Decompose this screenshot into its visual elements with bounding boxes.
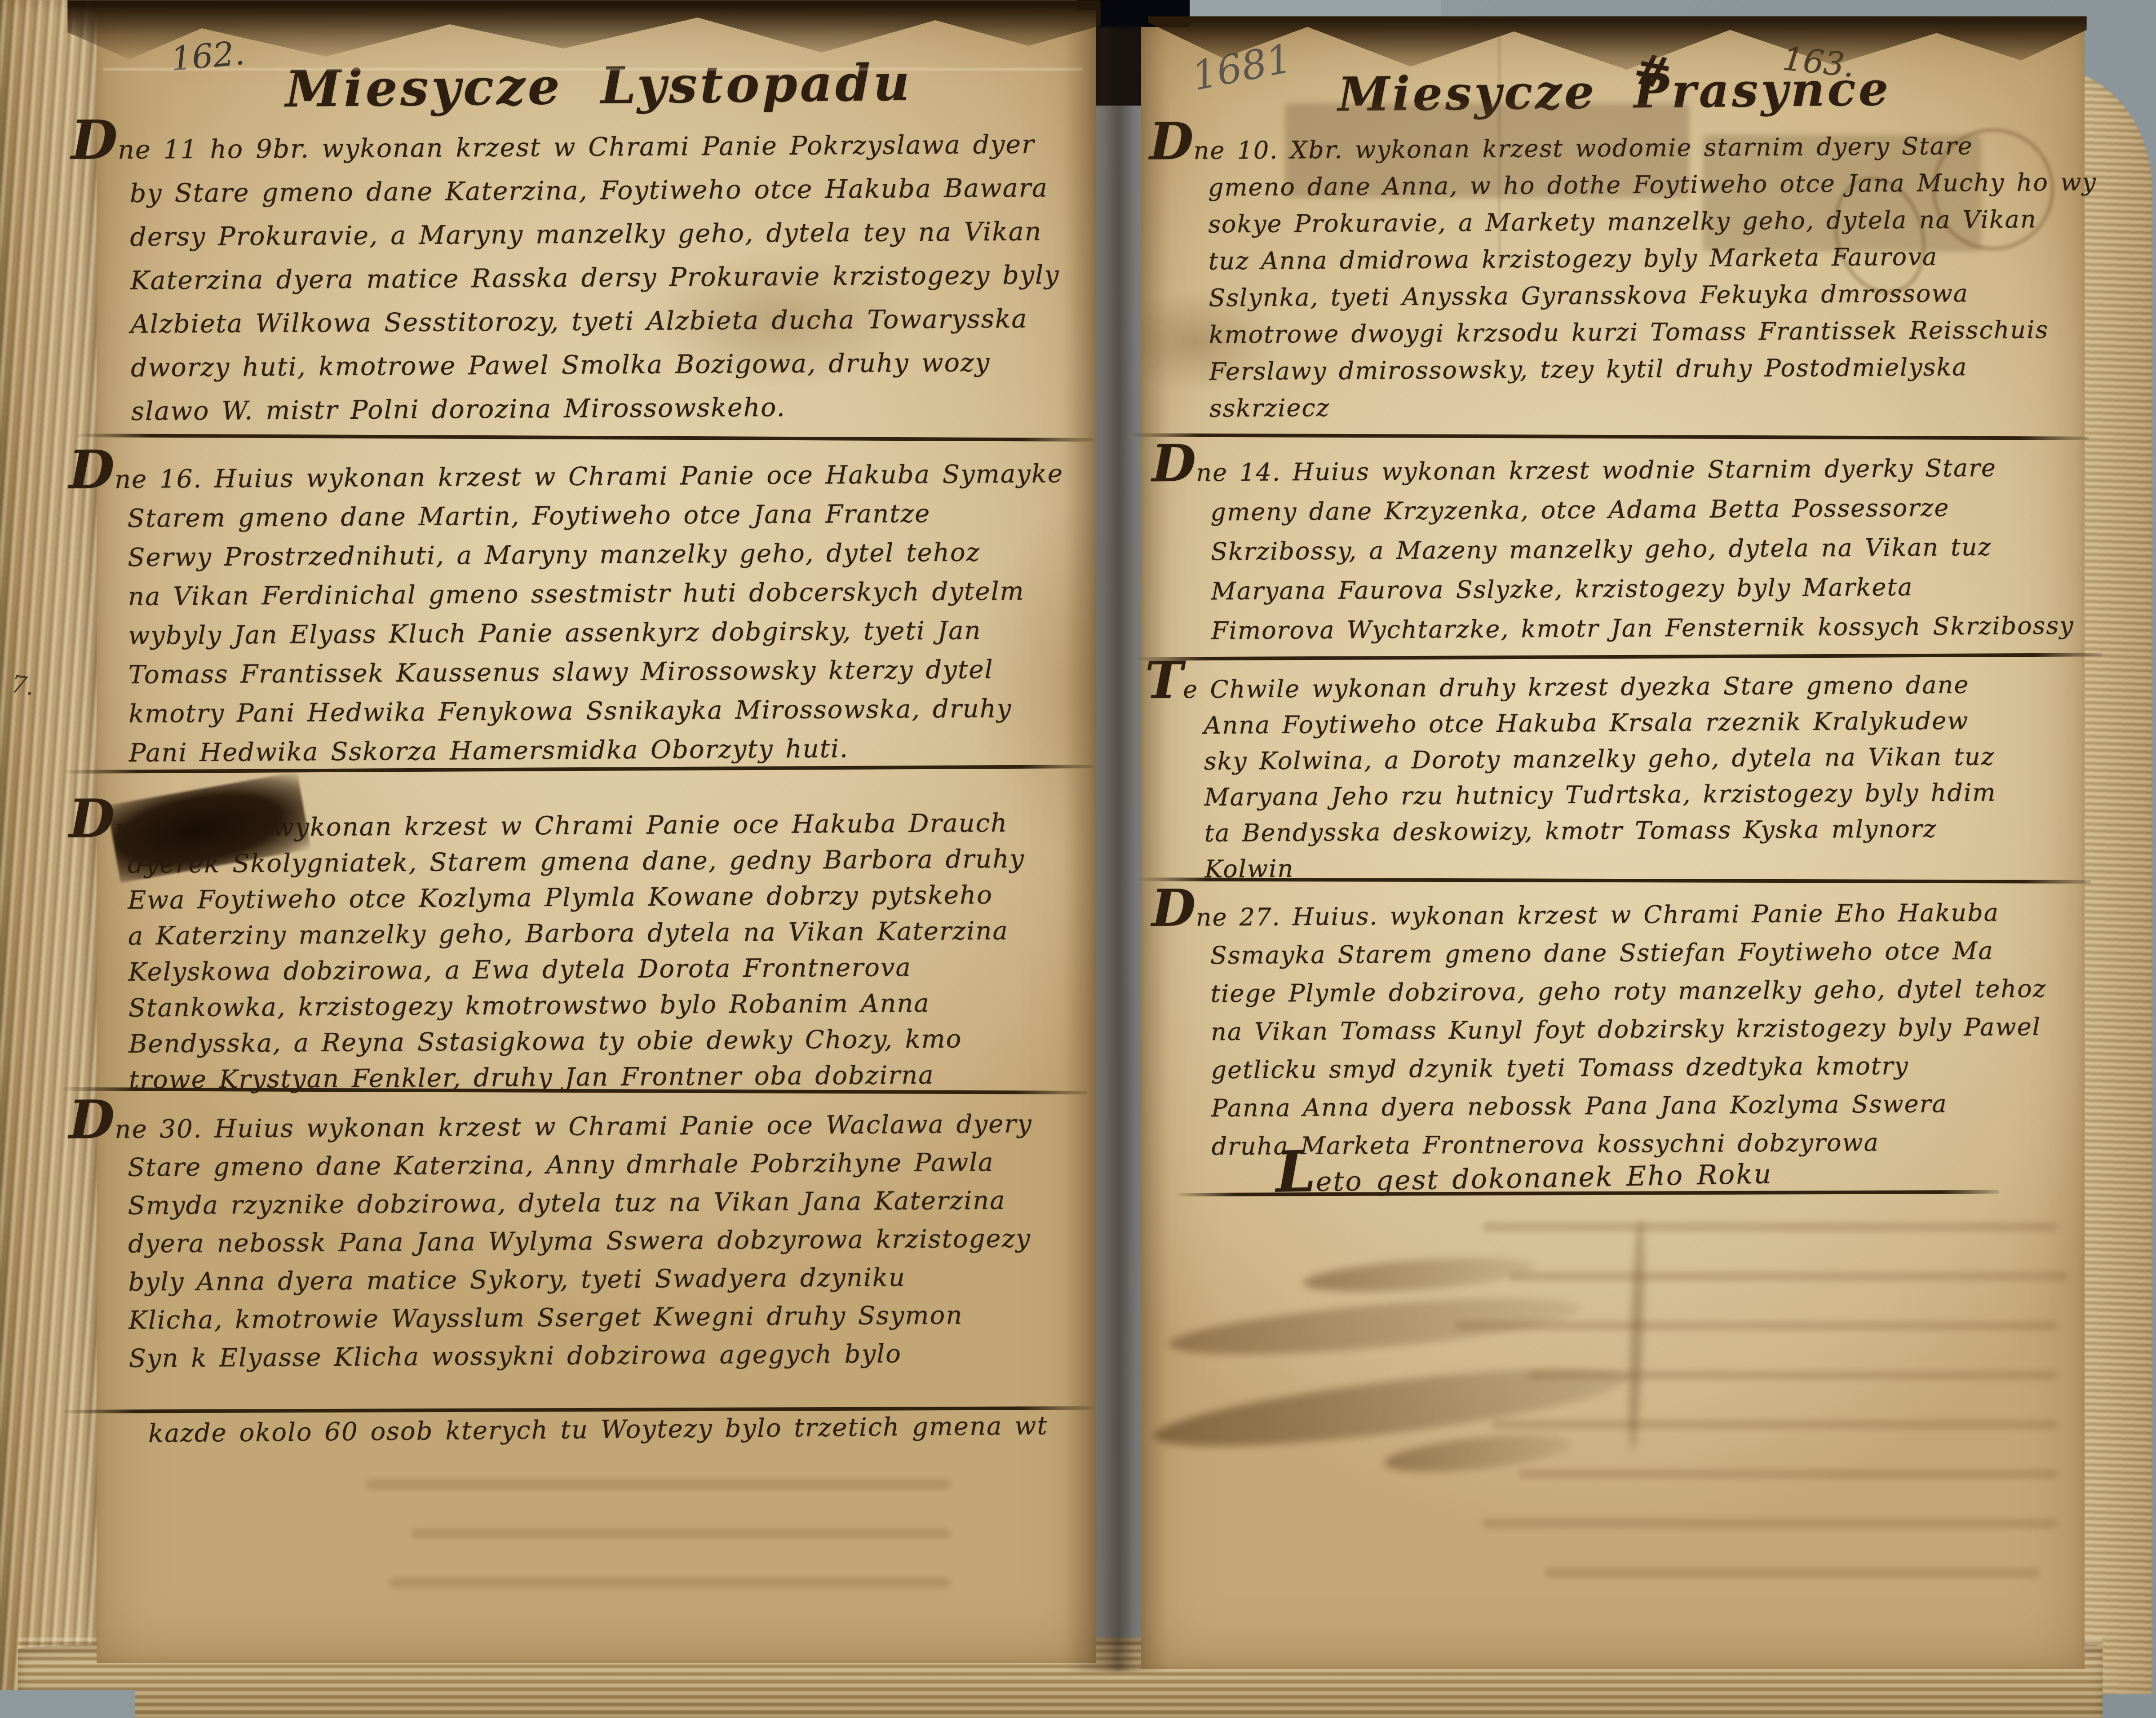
manuscript-line: Panna Anna dyera nebossk Pana Jana Kozly… — [1211, 1084, 2047, 1127]
entry-separator-line — [1137, 653, 2103, 660]
right-page: 1681 Miesycze Prasynce # 163. Dne 10. Xb… — [1141, 27, 2085, 1669]
ghost-bleed-line — [389, 1578, 950, 1588]
manuscript-line: gmeny dane Krzyzenka, otce Adama Betta P… — [1210, 487, 2073, 532]
entry-left-1: Dne 11 ho 9br. wykonan krzest w Chrami P… — [71, 120, 1061, 434]
manuscript-line: Ferslawy dmirossowsky, tzey kytil druhy … — [1209, 348, 2098, 390]
manuscript-line: a Katerziny manzelky geho, Barbora dytel… — [128, 913, 1026, 955]
manuscript-line: Dne 11 ho 9br. wykonan krzest w Chrami P… — [71, 120, 1059, 172]
manuscript-line: Smyda rzyznike dobzirowa, dytela tuz na … — [128, 1181, 1033, 1225]
manuscript-line: Maryana Jeho rzu hutnicy Tudrtska, krzis… — [1204, 775, 1997, 815]
manuscript-scan: 162. Miesycze Lystopadu Dne 11 ho 9br. w… — [0, 0, 2156, 1718]
ghost-bleed-line — [366, 1479, 950, 1490]
ghost-bleed-line — [1483, 1519, 2058, 1528]
manuscript-line: Alzbieta Wilkowa Sesstitorozy, tyeti Alz… — [130, 297, 1060, 346]
ghost-bleed-line — [1527, 1370, 2058, 1380]
manuscript-line: Skrzibossy, a Mazeny manzelky geho, dyte… — [1211, 527, 2074, 572]
manuscript-line: Fimorova Wychtarzke, kmotr Jan Fensterni… — [1211, 606, 2074, 651]
manuscript-line: by Stare gmeno dane Katerzina, Foytiweho… — [130, 166, 1059, 216]
manuscript-line: dersy Prokuravie, a Maryny manzelky geho… — [130, 210, 1059, 259]
manuscript-line: Maryana Faurova Sslyzke, krzistogezy byl… — [1211, 567, 2074, 611]
ghost-bleed-line — [1545, 1568, 2040, 1578]
left-page: 162. Miesycze Lystopadu Dne 11 ho 9br. w… — [97, 10, 1096, 1663]
manuscript-line: na Vikan Ferdinichal gmeno ssestmistr hu… — [128, 571, 1064, 616]
manuscript-line: Bendysska, a Reyna Sstasigkowa ty obie d… — [128, 1021, 1026, 1062]
manuscript-line: tiege Plymle dobzirova, geho roty manzel… — [1210, 970, 2046, 1013]
manuscript-line: slawo W. mistr Polni dorozina Mirossowsk… — [131, 384, 1061, 434]
manuscript-line: Dne 16. Huius wykonan krzest w Chrami Pa… — [69, 449, 1063, 500]
ghost-bleed-line — [1456, 1321, 2058, 1331]
manuscript-line: dyera nebossk Pana Jana Wylyma Sswera do… — [128, 1219, 1033, 1263]
page-number-left: 162. — [169, 34, 247, 79]
manuscript-line: tuz Anna dmidrowa krzistogezy byly Marke… — [1209, 238, 2098, 280]
manuscript-line: Syn k Elyasse Klicha wossykni dobzirowa … — [128, 1334, 1034, 1377]
manuscript-line: Anna Foytiweho otce Hakuba Krsala rzezni… — [1204, 703, 1996, 744]
scanner-background-bottom-left — [0, 1690, 135, 1718]
entry-right-3: Te Chwile wykonan druhy krzest dyezka St… — [1145, 661, 1997, 888]
gutter-shadow — [1065, 27, 1168, 1671]
entry-left-2: Dne 16. Huius wykonan krzest w Chrami Pa… — [69, 449, 1065, 773]
manuscript-line: Stare gmeno dane Katerzina, Anny dmrhale… — [128, 1143, 1033, 1187]
manuscript-line: Dne 10. Xbr. wykonan krzest wodomie star… — [1149, 122, 2097, 170]
ink-smudge — [1627, 1218, 1647, 1452]
crease-line — [1498, 36, 1501, 270]
manuscript-line: ta Bendysska deskowizy, kmotr Tomass Kys… — [1204, 810, 1997, 851]
ghost-bleed-line — [1492, 1420, 2058, 1430]
ghost-bleed-line — [1483, 1222, 2058, 1232]
margin-mark: 7. — [9, 670, 36, 701]
manuscript-line: Ssmayka Starem gmeno dane Sstiefan Foyti… — [1210, 931, 2046, 974]
manuscript-line: wybyly Jan Elyass Kluch Panie assenkyrz … — [128, 611, 1064, 655]
manuscript-line: Te Chwile wykonan druhy krzest dyezka St… — [1145, 661, 1996, 708]
manuscript-line: Starem gmeno dane Martin, Foytiweho otce… — [127, 493, 1063, 538]
entry-right-2: Dne 14. Huius wykonan krzest wodnie Star… — [1152, 444, 2074, 651]
manuscript-line: Stankowka, krzistogezy kmotrowstwo bylo … — [128, 985, 1026, 1027]
manuscript-line: Klicha, kmotrowie Waysslum Sserget Kwegn… — [128, 1296, 1034, 1339]
manuscript-line: Ewa Foytiweho otce Kozlyma Plymla Kowane… — [128, 877, 1025, 919]
manuscript-line: Dne 27. Huius. wykonan krzest w Chrami P… — [1151, 889, 2046, 937]
manuscript-line: getlicku smyd dzynik tyeti Tomass dzedty… — [1211, 1046, 2047, 1089]
ghost-bleed-line — [411, 1528, 950, 1538]
manuscript-line: sskrziecz — [1209, 385, 2098, 427]
ghost-bleed-line — [1518, 1469, 2058, 1479]
manuscript-line: gmeno dane Anna, w ho dothe Foytiweho ot… — [1208, 164, 2097, 206]
left-page-footer-line: kazde okolo 60 osob kterych tu Woytezy b… — [148, 1411, 1048, 1448]
entry-separator-line — [1132, 433, 2089, 440]
manuscript-line: byly Anna dyera matice Sykory, tyeti Swa… — [128, 1258, 1033, 1301]
manuscript-line: kmotry Pani Hedwika Fenykowa Ssnikayka M… — [128, 689, 1065, 734]
entry-left-4: Dne 30. Huius wykonan krzest w Chrami Pa… — [69, 1099, 1034, 1378]
manuscript-line: Sslynka, tyeti Anysska Gyransskova Fekuy… — [1209, 275, 2098, 317]
manuscript-line: kmotrowe dwoygi krzsodu kurzi Tomass Fra… — [1209, 311, 2098, 354]
ink-smudge — [1302, 1252, 1537, 1297]
manuscript-line: Tomass Frantissek Kaussenus slawy Miross… — [128, 650, 1065, 695]
manuscript-line: dworzy huti, kmotrowe Pawel Smolka Bozig… — [131, 341, 1060, 390]
manuscript-line: Serwy Prostrzednihuti, a Maryny manzelky… — [128, 532, 1064, 577]
manuscript-line: sokye Prokuravie, a Markety manzelky geh… — [1208, 201, 2097, 243]
manuscript-line: na Vikan Tomass Kunyl foyt dobzirsky krz… — [1211, 1008, 2047, 1051]
fold-line — [103, 68, 1083, 70]
entry-right-1: Dne 10. Xbr. wykonan krzest wodomie star… — [1149, 122, 2098, 428]
ghost-bleed-line — [1510, 1271, 2067, 1281]
entry-separator-line — [76, 434, 1094, 442]
manuscript-line: Kelyskowa dobzirowa, a Ewa dytela Dorota… — [128, 949, 1026, 991]
entry-right-4: Dne 27. Huius. wykonan krzest w Chrami P… — [1151, 889, 2047, 1166]
manuscript-line: Dne 14. Huius wykonan krzest wodnie Star… — [1152, 444, 2073, 493]
left-page-title: Miesycze Lystopadu — [285, 53, 912, 119]
manuscript-line: Dne 30. Huius wykonan krzest w Chrami Pa… — [69, 1099, 1032, 1149]
manuscript-line: Katerzina dyera matice Rasska dersy Prok… — [130, 253, 1060, 303]
manuscript-line: sky Kolwina, a Doroty manzelky geho, dyt… — [1204, 739, 1997, 779]
